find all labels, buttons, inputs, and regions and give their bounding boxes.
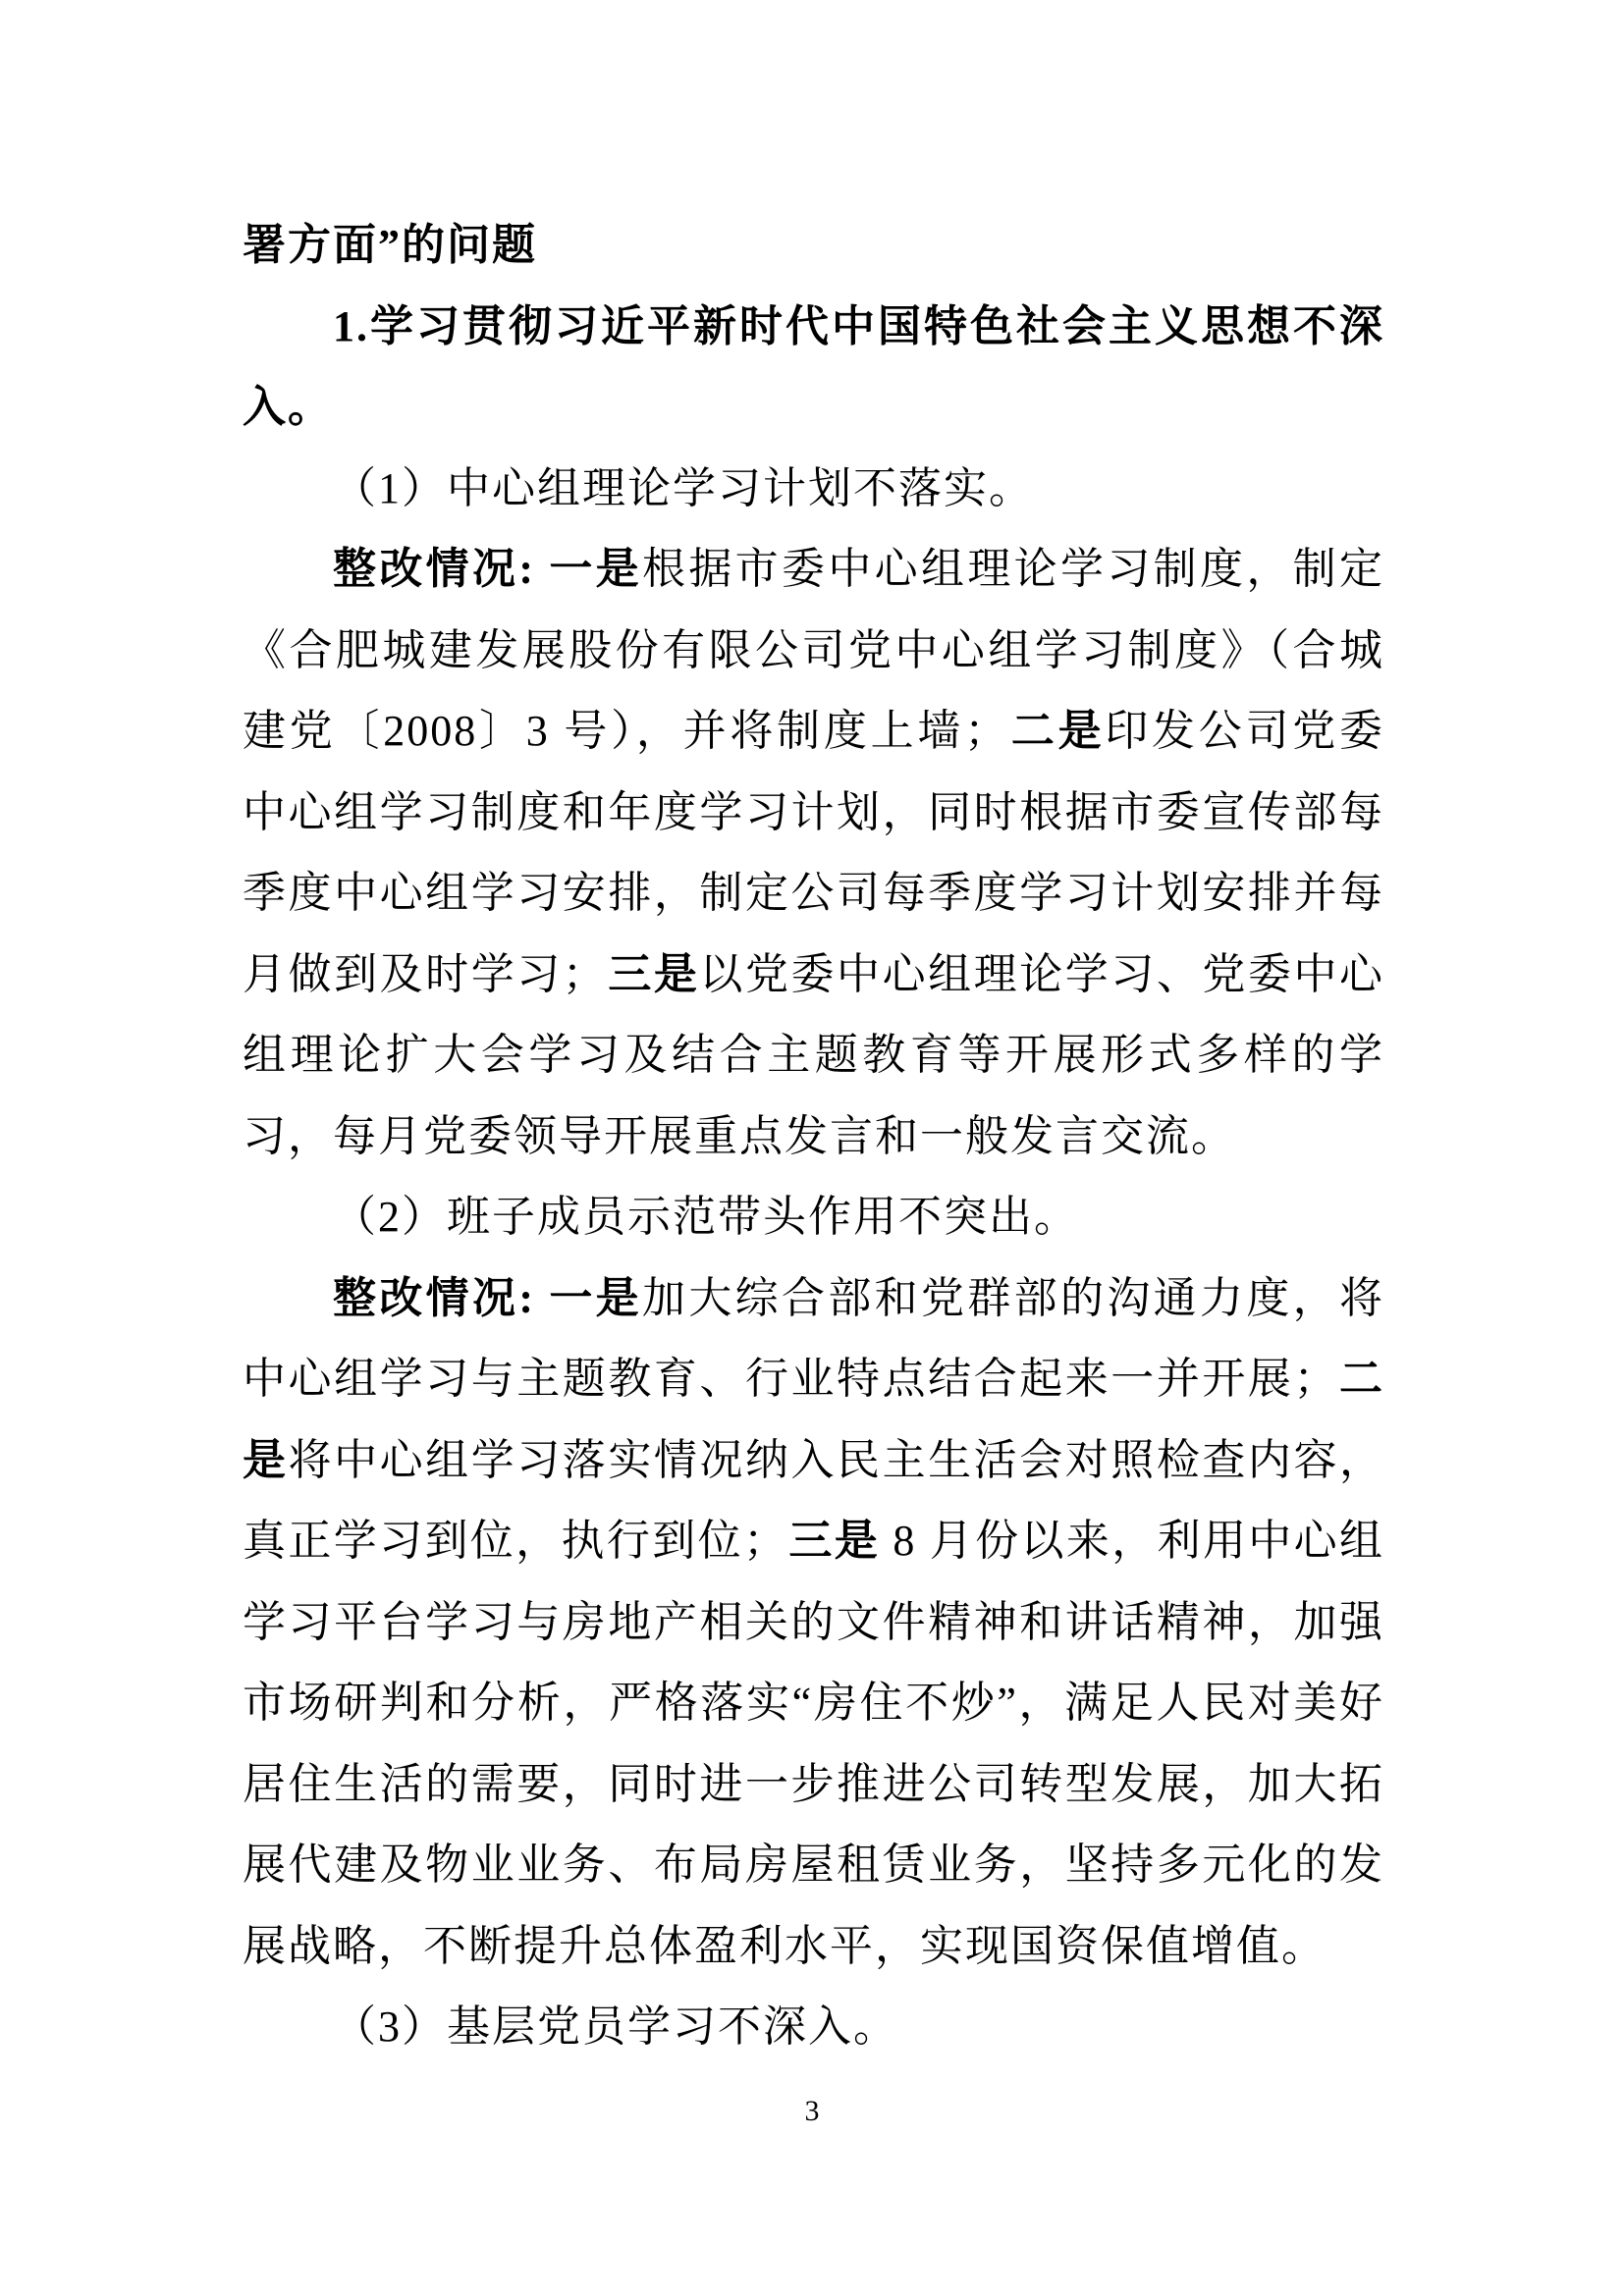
- document-page: 署方面”的问题1.学习贯彻习近平新时代中国特色社会主义思想不深入。（1）中心组理…: [0, 0, 1624, 2296]
- bold-text-run: 三是: [788, 1517, 880, 1565]
- paragraph: （1）中心组理论学习计划不落实。: [243, 449, 1384, 530]
- bold-text-run: 二是: [1009, 707, 1105, 755]
- bold-text-run: 整改情况: 一是: [333, 1274, 642, 1322]
- text-run: （2）班子成员示范带头作用不突出。: [333, 1193, 1079, 1241]
- text-run: （3）基层党员学习不深入。: [333, 2002, 898, 2051]
- bold-text-run: 1.学习贯彻习近平新时代中国特色社会主义思想不深入。: [243, 302, 1384, 432]
- paragraph: （3）基层党员学习不深入。: [243, 1987, 1384, 2068]
- bold-text-run: 署方面”的问题: [243, 221, 537, 269]
- text-run: 8 月份以来，利用中心组学习平台学习与房地产相关的文件精神和讲话精神，加强市场研…: [243, 1517, 1384, 1970]
- paragraph: 署方面”的问题: [243, 205, 1384, 287]
- text-run: （1）中心组理论学习计划不落实。: [333, 464, 1034, 512]
- bold-text-run: 三是: [608, 950, 700, 998]
- paragraph: （2）班子成员示范带头作用不突出。: [243, 1177, 1384, 1258]
- paragraph: 整改情况: 一是根据市委中心组理论学习制度，制定《合肥城建发展股份有限公司党中心…: [243, 529, 1384, 1177]
- paragraph: 1.学习贯彻习近平新时代中国特色社会主义思想不深入。: [243, 287, 1384, 449]
- paragraph: 整改情况: 一是加大综合部和党群部的沟通力度，将中心组学习与主题教育、行业特点结…: [243, 1258, 1384, 1988]
- bold-text-run: 整改情况: 一是: [333, 545, 642, 593]
- page-number: 3: [0, 2092, 1624, 2131]
- document-body: 署方面”的问题1.学习贯彻习近平新时代中国特色社会主义思想不深入。（1）中心组理…: [243, 205, 1384, 2068]
